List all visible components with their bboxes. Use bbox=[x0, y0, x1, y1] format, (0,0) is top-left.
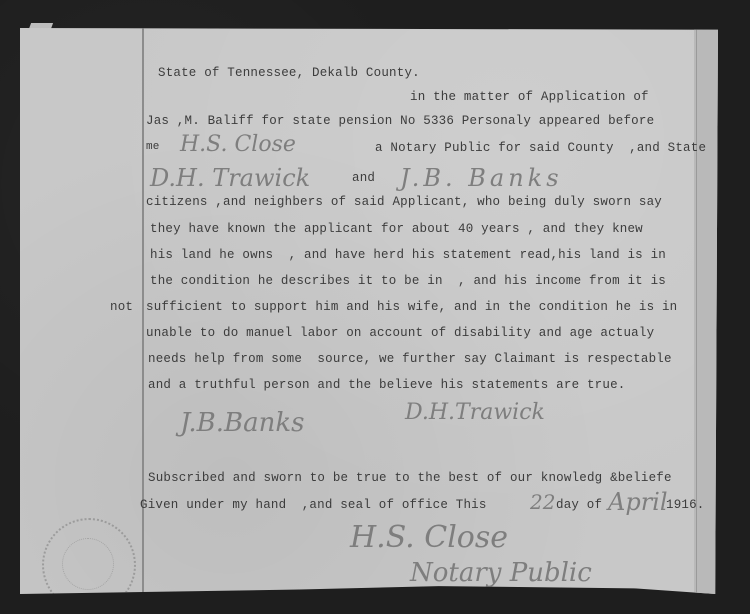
margin-note: not bbox=[110, 300, 133, 314]
text-line: citizens ,and neighbers of said Applican… bbox=[146, 195, 662, 209]
text-line: they have known the applicant for about … bbox=[150, 222, 643, 236]
text-line: Subscribed and sworn to be true to the b… bbox=[148, 471, 672, 485]
text-line: in the matter of Application of bbox=[410, 90, 649, 104]
text-line: a Notary Public for said County ,and Sta… bbox=[375, 141, 706, 155]
notary-signature: H.S. Close bbox=[350, 520, 508, 555]
handwritten-month: April bbox=[608, 488, 668, 516]
document-header: State of Tennessee, Dekalb County. bbox=[158, 66, 420, 80]
signature-banks: J.B.Banks bbox=[180, 408, 305, 438]
text-line: 1916. bbox=[666, 498, 705, 512]
handwritten-notary-name: H.S. Close bbox=[180, 132, 296, 157]
handwritten-witness-2: J.B. Banks bbox=[400, 164, 563, 192]
text-line: his land he owns , and have herd his sta… bbox=[150, 248, 666, 262]
text-line: Given under my hand ,and seal of office … bbox=[140, 498, 487, 512]
affidavit-page: State of Tennessee, Dekalb County. in th… bbox=[20, 28, 718, 594]
text-line: the condition he describes it to be in ,… bbox=[150, 274, 666, 288]
text-line: unable to do manuel labor on account of … bbox=[146, 326, 654, 340]
text-line: day of bbox=[556, 498, 602, 512]
text-line: Jas ,M. Baliff for state pension No 5336… bbox=[146, 114, 654, 128]
handwritten-day: 22 bbox=[530, 490, 555, 514]
text-line: needs help from some source, we further … bbox=[148, 352, 672, 366]
handwritten-witness-1: D.H. Trawick bbox=[150, 164, 310, 192]
notary-seal bbox=[20, 458, 142, 594]
signature-trawick: D.H.Trawick bbox=[405, 400, 545, 425]
text-line: sufficient to support him and his wife, … bbox=[146, 300, 677, 314]
text-line: and bbox=[352, 171, 375, 185]
notary-title: Notary Public bbox=[410, 558, 592, 588]
text-line: and a truthful person and the believe hi… bbox=[148, 378, 625, 392]
text-line: me bbox=[146, 141, 160, 153]
